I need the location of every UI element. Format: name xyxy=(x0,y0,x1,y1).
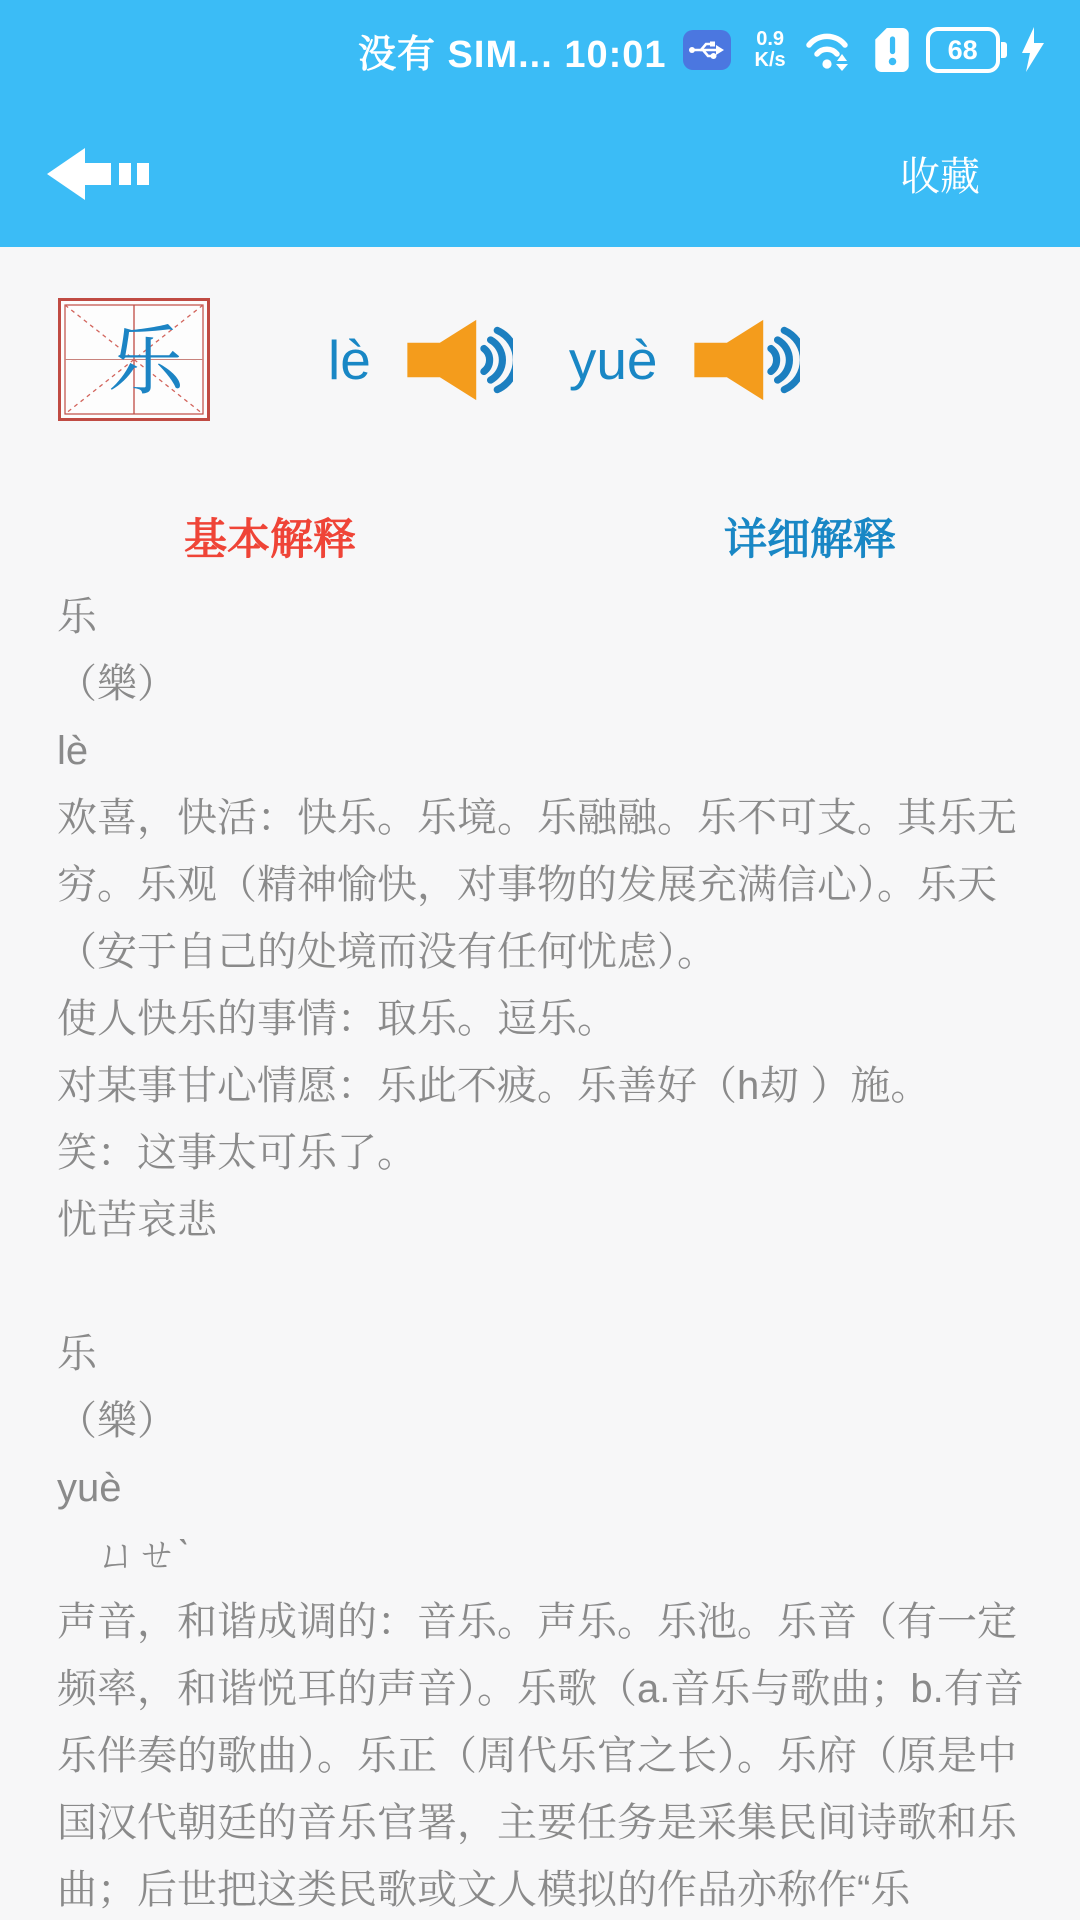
favorite-button[interactable]: 收藏 xyxy=(900,100,980,247)
speaker-icon-le[interactable] xyxy=(405,316,513,404)
definition-line: （樂） xyxy=(57,1388,1027,1455)
definition-line: lè xyxy=(57,718,1027,785)
definition-line: 欢喜，快活：快乐。乐境。乐融融。乐不可支。其乐无穷。乐观（精神愉快，对事物的发展… xyxy=(57,785,1027,986)
app-screen: 没有 SIM... 10:01 0.9 K/s xyxy=(0,0,1080,1920)
headword-character: 乐 xyxy=(108,320,185,405)
charging-bolt-icon xyxy=(1020,27,1046,73)
definition-line: 忧苦哀悲 xyxy=(57,1187,1027,1254)
tab-basic-definition[interactable]: 基本解释 xyxy=(0,506,540,567)
definition-line: yuè xyxy=(57,1455,1027,1522)
network-speed: 0.9 K/s xyxy=(755,29,786,71)
definition-line: ㄩㄝˋ xyxy=(57,1522,1027,1589)
definition-line: 乐 xyxy=(57,1321,1027,1388)
definition-line: 使人快乐的事情：取乐。逗乐。 xyxy=(57,986,1027,1053)
battery-indicator: 68 xyxy=(926,27,1000,73)
status-bar: 没有 SIM... 10:01 0.9 K/s xyxy=(0,0,1080,100)
tab-detailed-definition[interactable]: 详细解释 xyxy=(540,506,1080,567)
mi-grid-icon: 乐 xyxy=(58,298,210,421)
wifi-icon xyxy=(804,28,856,72)
word-card: 乐 lè yuè xyxy=(58,297,1080,422)
back-arrow-icon xyxy=(46,146,160,202)
pinyin-yue: yuè xyxy=(569,328,658,392)
definition-spacer xyxy=(57,1254,1027,1321)
usb-icon xyxy=(683,30,731,70)
character-grid-box: 乐 xyxy=(58,298,210,421)
favorite-label: 收藏 xyxy=(900,145,980,202)
definition-line: 对某事甘心情愿：乐此不疲。乐善好（h刧 ）施。 xyxy=(57,1053,1027,1120)
back-button[interactable] xyxy=(46,146,160,202)
carrier-and-time: 没有 SIM... 10:01 xyxy=(358,23,667,78)
pinyin-le: lè xyxy=(328,328,371,392)
battery-percent: 68 xyxy=(948,35,978,66)
header-bar: 收藏 xyxy=(0,100,1080,247)
speaker-icon-yue[interactable] xyxy=(692,316,800,404)
sim-warning-icon xyxy=(874,27,910,73)
definition-line: 乐 xyxy=(57,584,1027,651)
definition-body: 乐 （樂） lè 欢喜，快活：快乐。乐境。乐融融。乐不可支。其乐无穷。乐观（精神… xyxy=(57,584,1027,1920)
definition-line: 笑：这事太可乐了。 xyxy=(57,1120,1027,1187)
definition-line: 声音，和谐成调的：音乐。声乐。乐池。乐音（有一定频率，和谐悦耳的声音）。乐歌（a… xyxy=(57,1589,1027,1920)
definition-line: （樂） xyxy=(57,651,1027,718)
definition-tabs: 基本解释 详细解释 xyxy=(0,506,1080,567)
